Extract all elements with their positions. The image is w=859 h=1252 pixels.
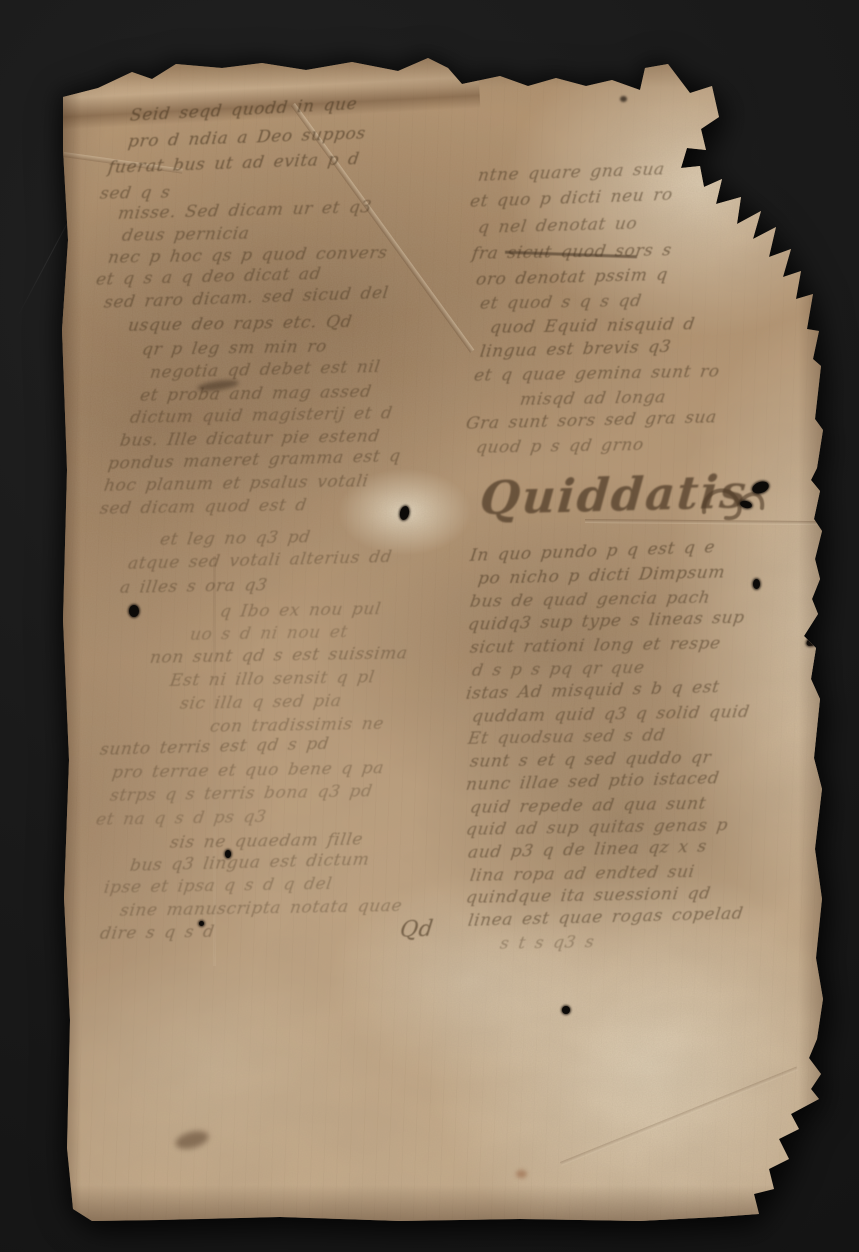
manuscript-leaf: Quiddatis Seid seqd quodd in quepro d nd… (0, 0, 859, 1252)
manuscript-leaf-wrapper: Quiddatis Seid seqd quodd in quepro d nd… (0, 0, 859, 1252)
edge-vignette (58, 52, 829, 1226)
photograph-of-manuscript: Quiddatis Seid seqd quodd in quepro d nd… (0, 0, 859, 1252)
